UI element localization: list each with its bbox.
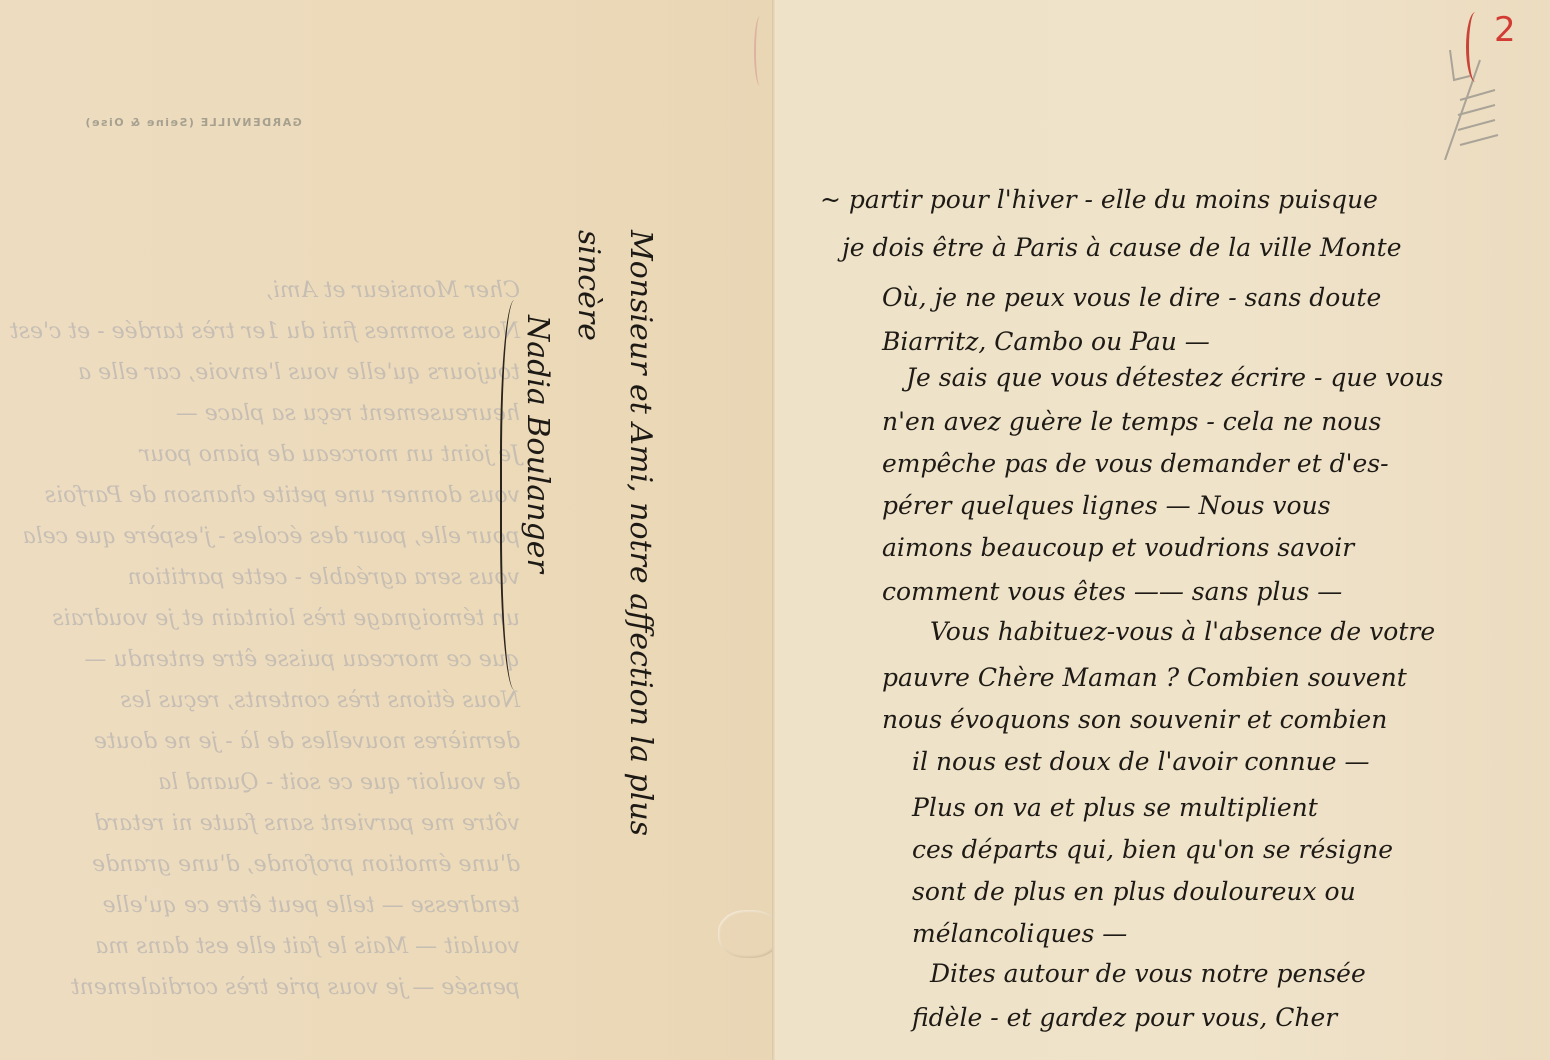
bleed-line: vous sera agréable - cette partition (0, 557, 520, 598)
bleed-line: pour elle, pour des écoles - j'espère qu… (0, 516, 520, 557)
text-line: Dites autour de vous notre pensée (930, 959, 1366, 988)
text-line: Je sais que vous détestez écrire - que v… (906, 363, 1443, 392)
text-line: nous évoquons son souvenir et combien (882, 705, 1387, 734)
bleed-line: d'une émotion profonde, d'une grande (0, 844, 520, 885)
text-line: ces départs qui, bien qu'on se résigne (912, 835, 1393, 864)
closing-text: Monsieur et Ami, notre affection la plus… (562, 230, 666, 950)
bleed-line: vôtre me parvient sans faute ni retard (0, 803, 520, 844)
bleed-line: Nous étions très contents, reçus les (0, 680, 520, 721)
text-line: aimons beaucoup et voudrions savoir (882, 533, 1354, 562)
bleed-through-text: Cher Monsieur et Ami, Nous sommes fini d… (0, 270, 520, 1008)
bleed-line: de vouloir que ce soit - Quand la (0, 762, 520, 803)
text-line: sont de plus en plus douloureux ou (912, 877, 1356, 906)
text-line: il nous est doux de l'avoir connue — (912, 747, 1369, 776)
text-line: pauvre Chère Maman ? Combien souvent (882, 663, 1407, 692)
red-pencil-mark (754, 16, 766, 86)
bleed-line: tendresse — telle peut être ce qu'elle (0, 885, 520, 926)
text-line: n'en avez guère le temps - cela ne nous (882, 407, 1381, 436)
bleed-line: pensée — je vous prie très cordialement (0, 967, 520, 1008)
page-number: 2 (1494, 10, 1516, 50)
text-line: Où, je ne peux vous le dire - sans doute (882, 283, 1381, 312)
bleed-line: heureusement reçu sa place — (0, 393, 520, 434)
bleed-line: Cher Monsieur et Ami, (0, 270, 520, 311)
bleed-line: que ce morceau puisse être entendu — (0, 639, 520, 680)
text-line: comment vous êtes —— sans plus — (882, 577, 1342, 606)
text-line: pérer quelques lignes — Nous vous (882, 491, 1331, 520)
closing-line: sincère (562, 230, 614, 950)
text-line: fidèle - et gardez pour vous, Cher (912, 1003, 1337, 1032)
archive-mark (1466, 12, 1485, 82)
left-page: GARDENVILLE (Seine & Oise) Cher Monsieur… (0, 0, 776, 1060)
text-line: Vous habituez-vous à l'absence de votre (930, 617, 1435, 646)
text-line: mélancoliques — (912, 919, 1127, 948)
bleed-line: dernières nouvelles de là - je ne doute (0, 721, 520, 762)
bleed-line: voulait — Mais le fait elle est dans ma (0, 926, 520, 967)
embossed-stamp (718, 910, 780, 958)
bleed-line: Nous sommes fini du 1er très tardée - et… (0, 311, 520, 352)
closing-line: Monsieur et Ami, notre affection la plus (614, 230, 666, 950)
bleed-line: Je joint un morceau de piano pour (0, 434, 520, 475)
text-line: Plus on va et plus se multiplient (912, 793, 1318, 822)
text-line: je dois être à Paris à cause de la ville… (842, 233, 1402, 262)
bleed-line: un témoignage très lointain et je voudra… (0, 598, 520, 639)
bleed-line: vous donner une petite chanson de Parfoi… (0, 475, 520, 516)
text-line: ~ partir pour l'hiver - elle du moins pu… (820, 185, 1378, 214)
letterhead-mirrored: GARDENVILLE (Seine & Oise) (84, 116, 302, 129)
bleed-line: toujours qu'elle vous l'envoie, car elle… (0, 352, 520, 393)
signature: Nadia Boulanger (520, 315, 555, 573)
text-line: Biarritz, Cambo ou Pau — (882, 327, 1210, 356)
text-line: empêche pas de vous demander et d'es- (882, 449, 1389, 478)
